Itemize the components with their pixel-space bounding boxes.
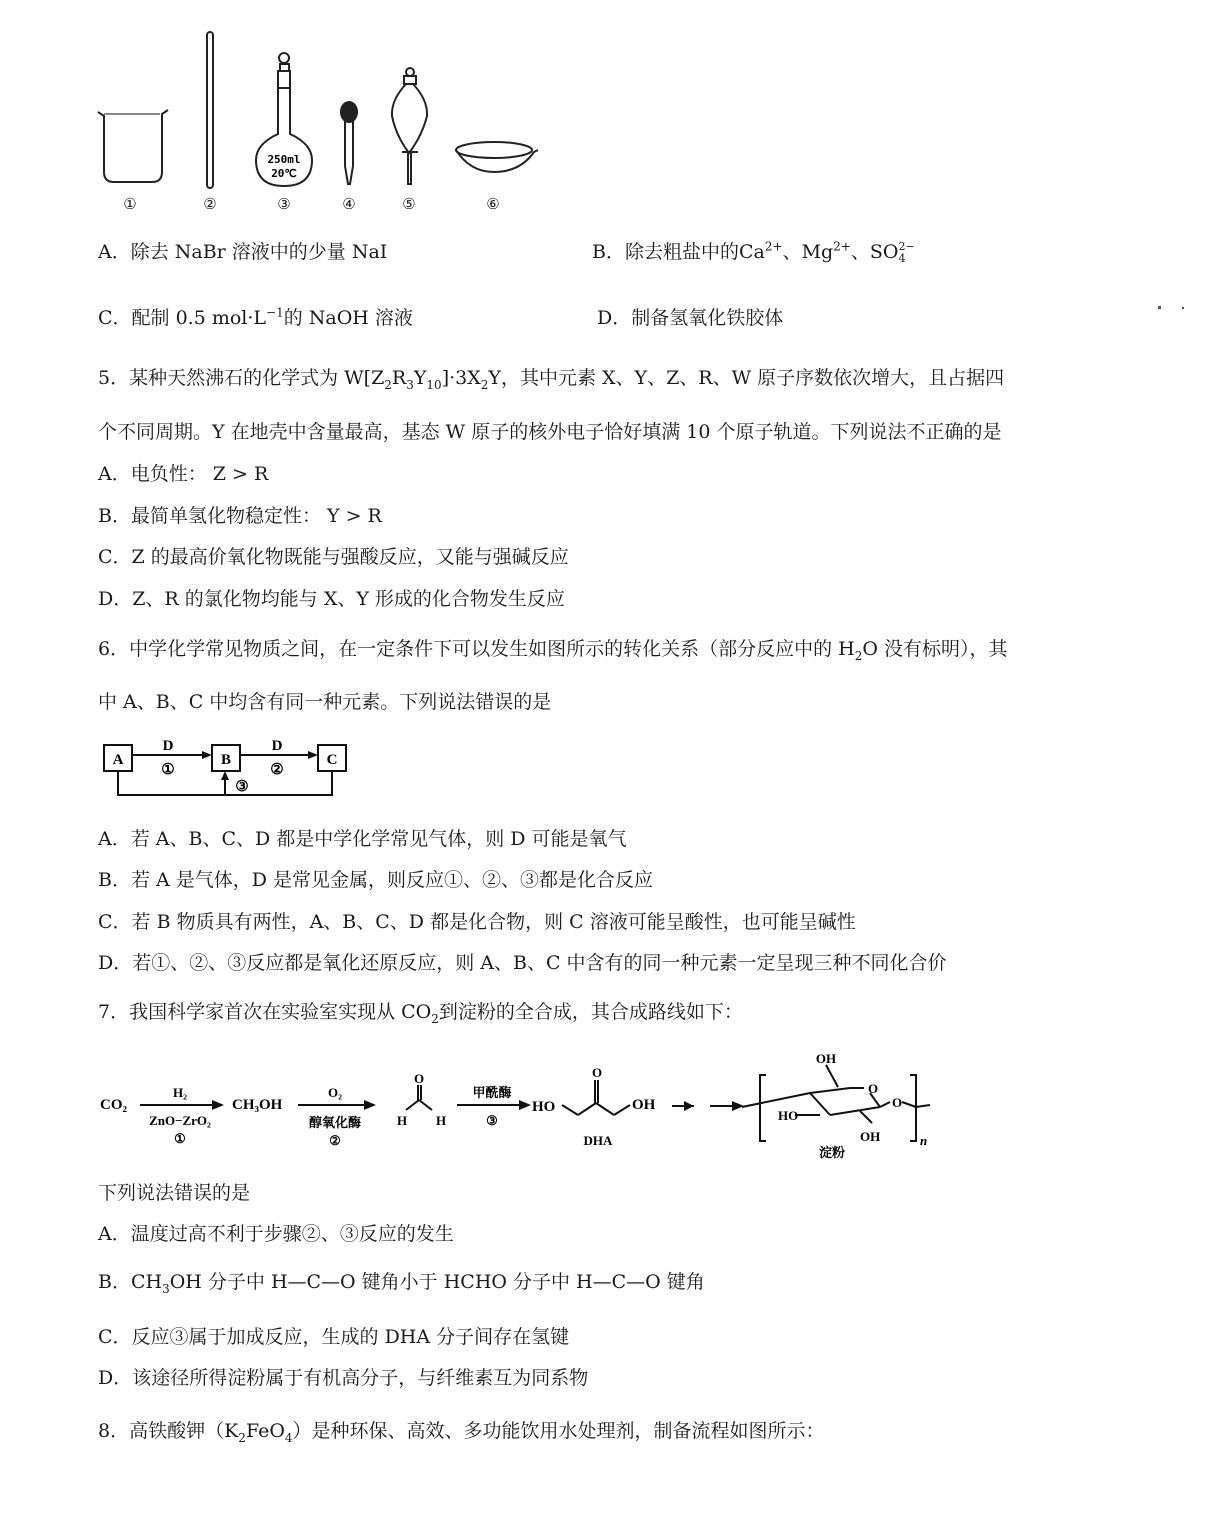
q7-option-d: D．该途径所得淀粉属于有机高分子，与纤维素互为同系物 xyxy=(98,1366,588,1390)
apparatus-label-4: ④ xyxy=(334,195,364,213)
q4-option-b: B．除去粗盐中的Ca2+、Mg2+、SO2−4 xyxy=(592,240,915,265)
q5-stem-line2: 个不同周期。Y 在地壳中含量最高，基态 W 原子的核外电子恰好填满 10 个原子… xyxy=(98,420,1001,444)
scan-speck xyxy=(1182,307,1184,309)
box-b-label: B xyxy=(221,752,231,768)
scan-speck xyxy=(1158,306,1161,309)
q6-option-a: A．若 A、B、C、D 都是中学化学常见气体，则 D 可能是氧气 xyxy=(98,827,627,851)
q7-option-c: C．反应③属于加成反应，生成的 DHA 分子间存在氢键 xyxy=(98,1325,569,1349)
starch-label: 淀粉 xyxy=(819,1145,845,1160)
box-a-label: A xyxy=(113,752,124,768)
dha-carbonyl-oxygen: O xyxy=(592,1065,602,1080)
apparatus-label-2: ② xyxy=(195,195,225,213)
apparatus-label-3: ③ xyxy=(269,195,299,213)
dha-label: DHA xyxy=(584,1133,614,1148)
box-c-label: C xyxy=(327,752,338,768)
q6-option-c: C．若 B 物质具有两性，A、B、C、D 都是化合物，则 C 溶液可能呈酸性，也… xyxy=(98,910,856,934)
step2-number: ② xyxy=(329,1133,341,1148)
q4-option-c: C．配制 0.5 mol·L−1的 NaOH 溶液 xyxy=(98,306,413,330)
step2-reagent: O₂ xyxy=(328,1085,342,1100)
arrow3-number: ③ xyxy=(235,779,248,795)
glass-rod-icon xyxy=(207,32,213,188)
step1-reagent: H₂ xyxy=(173,1085,187,1100)
starch-ring-oxygen: O xyxy=(868,1081,878,1096)
q5-option-c: C．Z 的最高价氧化物既能与强酸反应，又能与强碱反应 xyxy=(98,545,569,569)
hcho-hydrogen-1: H xyxy=(397,1113,407,1128)
hcho-oxygen: O xyxy=(414,1071,424,1086)
separatory-funnel-icon xyxy=(392,68,427,184)
q8-stem: 8．高铁酸钾（K2FeO4）是种环保、高效、多功能饮用水处理剂，制备流程如图所示… xyxy=(98,1419,825,1443)
q6-option-b: B．若 A 是气体，D 是常见金属，则反应①、②、③都是化合反应 xyxy=(98,868,653,892)
apparatus-label-1: ① xyxy=(115,195,145,213)
dha-hydroxyl-right: OH xyxy=(632,1097,656,1113)
q5-option-d: D．Z、R 的氯化物均能与 X、Y 形成的化合物发生反应 xyxy=(98,587,565,611)
q4-option-a: A．除去 NaBr 溶液中的少量 NaI xyxy=(98,240,387,264)
arrow2-reagent: D xyxy=(272,738,283,754)
apparatus-drawings: 250ml 20℃ xyxy=(0,0,600,230)
step2-enzyme: 醇氧化酶 xyxy=(309,1115,361,1130)
apparatus-label-5: ⑤ xyxy=(394,195,424,213)
step3-enzyme: 甲酰酶 xyxy=(472,1085,511,1100)
q7-option-b: B．CH3OH 分子中 H—C—O 键角小于 HCHO 分子中 H—C—O 键角 xyxy=(98,1270,705,1294)
q5-option-b: B．最简单氢化物稳定性： Y > R xyxy=(98,504,382,528)
q7-stem: 7．我国科学家首次在实验室实现从 CO2到淀粉的全合成，其合成路线如下： xyxy=(98,1000,743,1024)
q4-option-d: D．制备氢氧化铁胶体 xyxy=(597,306,783,330)
q6-stem-line1: 6．中学化学常见物质之间，在一定条件下可以发生如图所示的转化关系（部分反应中的 … xyxy=(98,637,1007,661)
flask-volume-text: 250ml xyxy=(267,153,300,166)
q6-option-d: D．若①、②、③反应都是氧化还原反应，则 A、B、C 中含有的同一种元素一定呈现… xyxy=(98,951,947,975)
methanol-label: CH₃OH xyxy=(232,1097,283,1113)
starch-hydroxyl-top: OH xyxy=(816,1051,836,1066)
hcho-hydrogen-2: H xyxy=(436,1113,446,1128)
starch-hydroxyl-bottom: OH xyxy=(860,1129,880,1144)
flask-temp-text: 20℃ xyxy=(271,167,297,180)
step1-number: ① xyxy=(174,1131,186,1146)
starch-link-oxygen: O xyxy=(892,1095,902,1110)
starch-hydroxyl-left: HO xyxy=(778,1108,798,1123)
dropper-icon xyxy=(341,102,357,184)
beaker-icon xyxy=(98,110,168,182)
synthesis-route-drawing: CO₂ H₂ ZnO−ZrO₂ ① CH₃OH O₂ 醇氧化酶 ② O H H … xyxy=(90,1045,940,1175)
arrow1-reagent: D xyxy=(163,738,174,754)
apparatus-label-6: ⑥ xyxy=(478,195,508,213)
starch-repeat-n: n xyxy=(920,1133,927,1148)
arrow2-number: ② xyxy=(270,762,283,778)
co2-label: CO₂ xyxy=(100,1097,128,1113)
evaporating-dish-icon xyxy=(456,142,538,172)
q5-option-a: A．电负性： Z > R xyxy=(98,462,268,486)
q7-option-a: A．温度过高不利于步骤②、③反应的发生 xyxy=(98,1222,454,1246)
q7-lead: 下列说法错误的是 xyxy=(98,1181,250,1205)
step3-number: ③ xyxy=(486,1113,498,1128)
step1-catalyst: ZnO−ZrO₂ xyxy=(149,1113,211,1128)
dha-hydroxyl-left: HO xyxy=(532,1099,555,1115)
q5-stem-line1: 5．某种天然沸石的化学式为 W[Z2R3Y10]·3X2Y，其中元素 X、Y、Z… xyxy=(98,366,1004,390)
conversion-diagram-lines: A B C D ① D ② ③ xyxy=(90,725,380,815)
q6-stem-line2: 中 A、B、C 中均含有同一种元素。下列说法错误的是 xyxy=(98,690,551,714)
arrow1-number: ① xyxy=(161,762,174,778)
